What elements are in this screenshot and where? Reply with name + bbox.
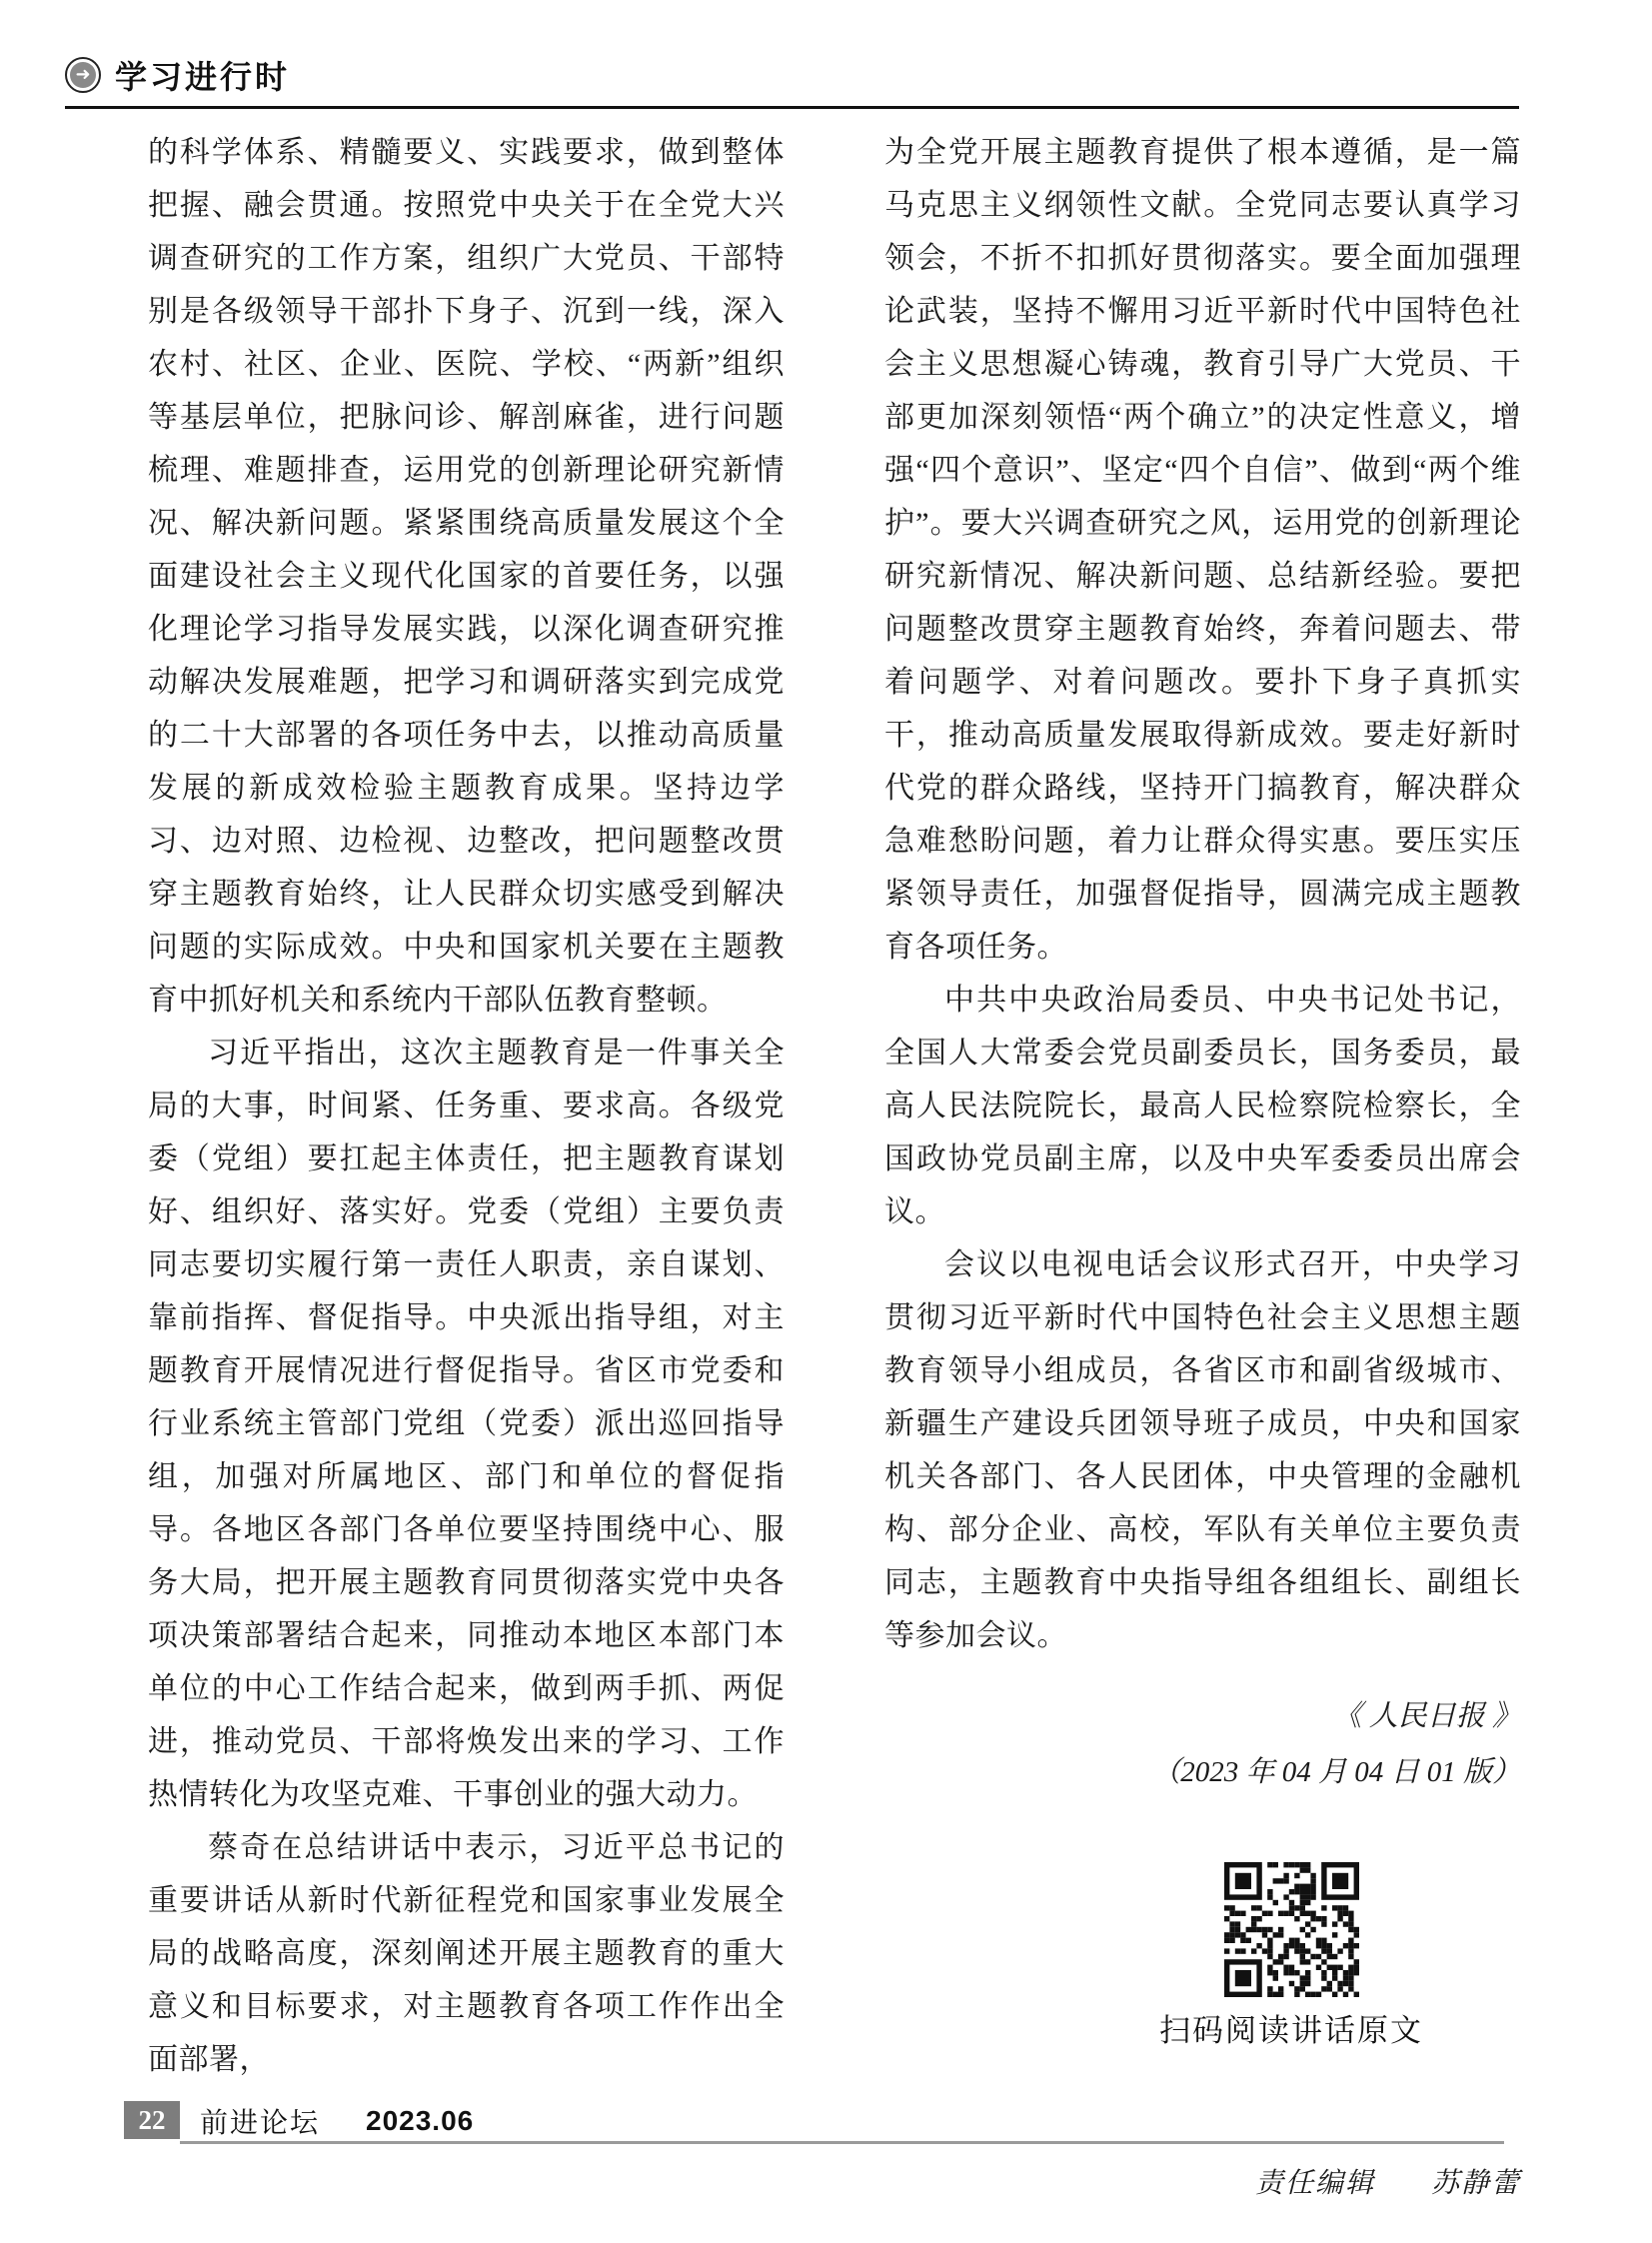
editor-label: 责任编辑 bbox=[1255, 2168, 1375, 2199]
journal-name: 前进论坛 bbox=[200, 2101, 320, 2141]
source-attribution: 《 人民日报 》 （2023 年 04 月 04 日 01 版） bbox=[884, 1688, 1521, 1800]
paragraph: 为全党开展主题教育提供了根本遵循，是一篇马克思主义纲领性文献。全党同志要认真学习… bbox=[884, 126, 1521, 974]
editor-credit: 责任编辑苏静蕾 bbox=[884, 2163, 1521, 2205]
right-column: 为全党开展主题教育提供了根本遵循，是一篇马克思主义纲领性文献。全党同志要认真学习… bbox=[884, 126, 1521, 2205]
footer-rule: 前进论坛 2023.06 bbox=[180, 2101, 1504, 2144]
page-footer: 22 前进论坛 2023.06 bbox=[124, 2101, 1504, 2144]
issue-number: 2023.06 bbox=[366, 2105, 474, 2137]
paragraph: 中共中央政治局委员、中央书记处书记，全国人大常委会党员副委员长，国务委员，最高人… bbox=[884, 974, 1521, 1238]
arrow-right-circle-icon: ➜ bbox=[65, 57, 101, 93]
page-number-badge: 22 bbox=[124, 2101, 180, 2139]
arrow-glyph: ➜ bbox=[70, 62, 96, 88]
paragraph: 会议以电视电话会议形式召开，中央学习贯彻习近平新时代中国特色社会主义思想主题教育… bbox=[884, 1238, 1521, 1662]
qr-section: 扫码阅读讲话原文 bbox=[1151, 1862, 1431, 2051]
source-date: （2023 年 04 月 04 日 01 版） bbox=[884, 1744, 1521, 1800]
paragraph: 蔡奇在总结讲话中表示，习近平总书记的重要讲话从新时代新征程党和国家事业发展全局的… bbox=[148, 1821, 785, 2086]
magazine-page: ➜ 学习进行时 的科学体系、精髓要义、实践要求，做到整体把握、融会贯通。按照党中… bbox=[0, 0, 1652, 2243]
paragraph: 习近平指出，这次主题教育是一件事关全局的大事，时间紧、任务重、要求高。各级党委（… bbox=[148, 1027, 785, 1821]
article-body: 的科学体系、精髓要义、实践要求，做到整体把握、融会贯通。按照党中央关于在全党大兴… bbox=[148, 126, 1521, 2205]
qr-code bbox=[1224, 1862, 1359, 1997]
page-header: ➜ 学习进行时 bbox=[65, 52, 1519, 109]
source-name: 《 人民日报 》 bbox=[884, 1688, 1521, 1744]
section-title: 学习进行时 bbox=[115, 52, 290, 98]
paragraph: 的科学体系、精髓要义、实践要求，做到整体把握、融会贯通。按照党中央关于在全党大兴… bbox=[148, 126, 785, 1027]
left-column: 的科学体系、精髓要义、实践要求，做到整体把握、融会贯通。按照党中央关于在全党大兴… bbox=[148, 126, 785, 2205]
qr-caption: 扫码阅读讲话原文 bbox=[1151, 2011, 1431, 2051]
editor-name: 苏静蕾 bbox=[1431, 2168, 1521, 2199]
